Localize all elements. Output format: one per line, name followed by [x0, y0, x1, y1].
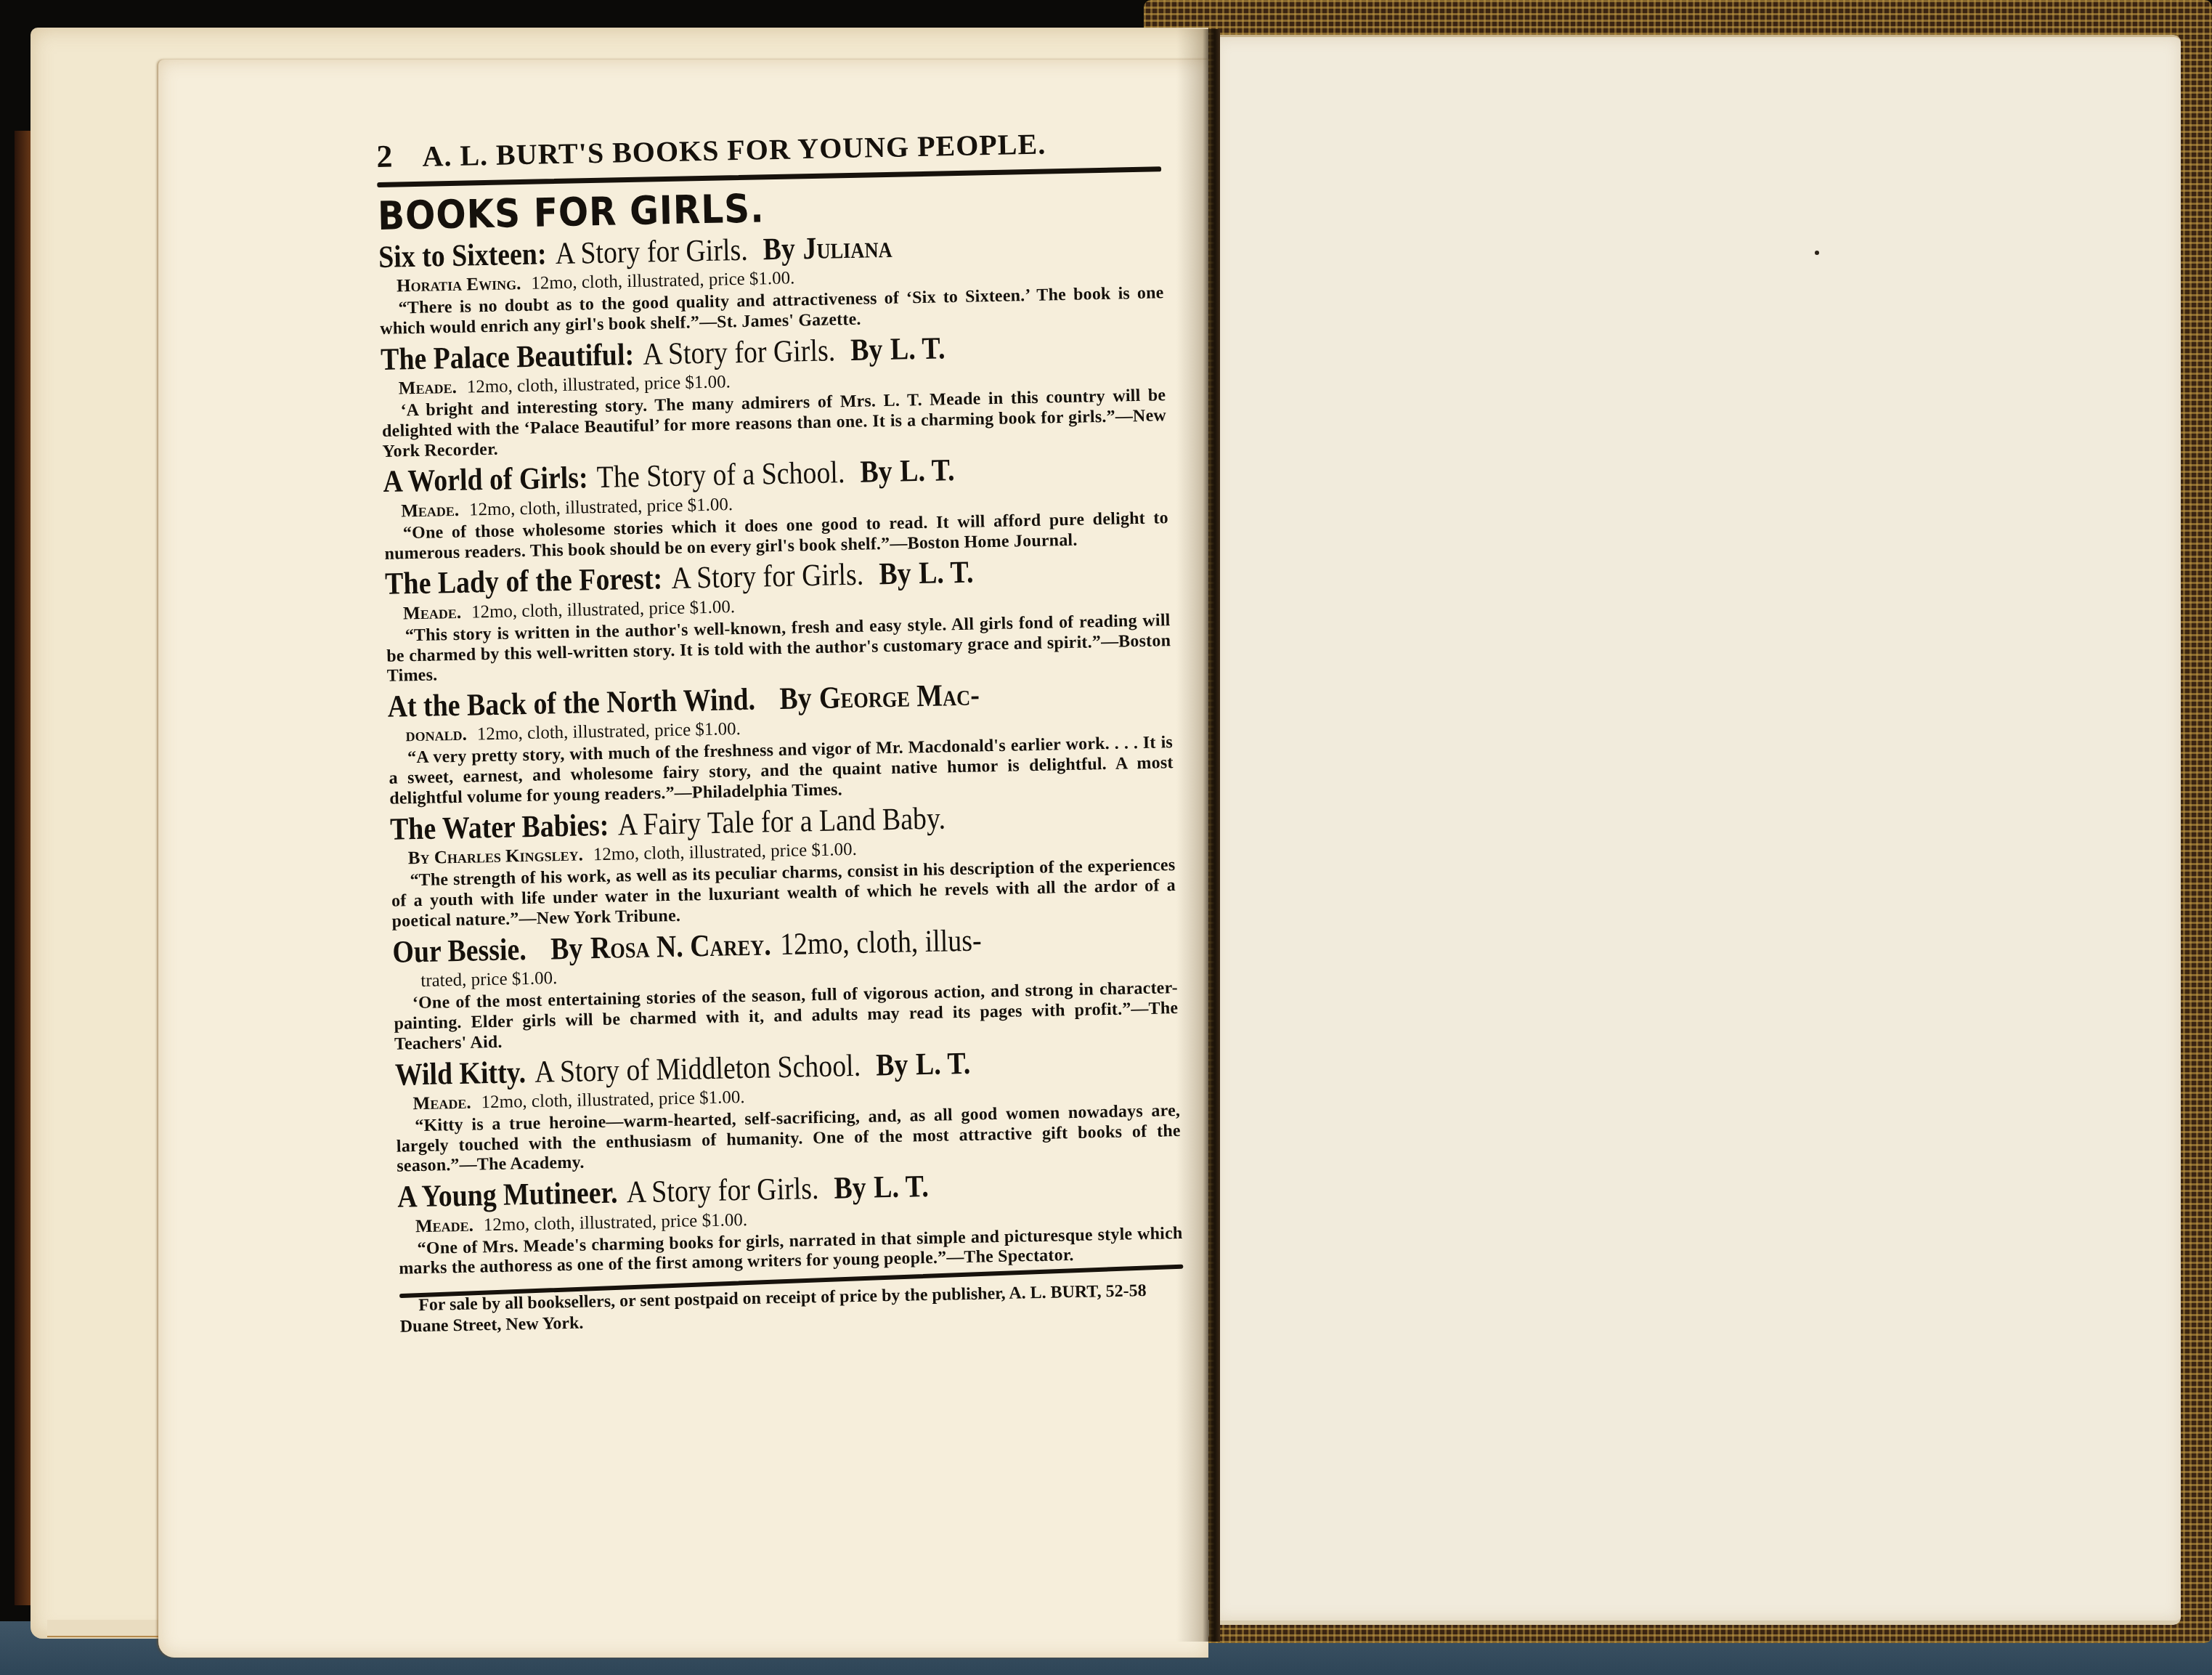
- extra-heading-text: [977, 801, 977, 835]
- extra-heading-text: [979, 1046, 980, 1080]
- book-entry: Wild Kitty.A Story of Middleton School.B…: [394, 1042, 1181, 1177]
- author-name: L. T.: [915, 1046, 970, 1082]
- author-name: George Mac-: [819, 678, 980, 715]
- book-title: Wild Kitty.: [394, 1055, 526, 1092]
- price-details: 12mo, cloth, illustrated, price $1.00.: [469, 495, 733, 519]
- extra-heading-text: [900, 230, 901, 264]
- book-subtitle: The Story of a School.: [596, 456, 845, 495]
- by-label: By: [834, 1171, 866, 1206]
- author-name-continued: Meade.: [399, 378, 457, 399]
- author-name-continued: [410, 971, 411, 991]
- by-label: By: [850, 333, 883, 368]
- right-endpaper-page: [1215, 35, 2181, 1625]
- by-label: By: [876, 1047, 908, 1082]
- book-entries-list: Six to Sixteen:A Story for Girls.ByJulia…: [378, 224, 1184, 1280]
- quote-source: —Philadelphia Times.: [674, 780, 842, 803]
- advertisement-text-block: 2 A. L. BURT'S BOOKS FOR YOUNG PEOPLE. B…: [376, 122, 1184, 1337]
- book-subtitle: A Story for Girls.: [643, 333, 836, 371]
- book-subtitle: A Story for Girls.: [555, 232, 748, 270]
- quote-source: —The Spectator.: [946, 1246, 1074, 1268]
- book-entry: Six to Sixteen:A Story for Girls.ByJulia…: [378, 224, 1165, 340]
- book-subtitle: [535, 933, 536, 967]
- footer-text: For sale by all booksellers, or sent pos…: [418, 1284, 1009, 1315]
- book-entry: A Young Mutineer.A Story for Girls.ByL. …: [397, 1164, 1184, 1280]
- by-label: By: [779, 681, 812, 716]
- book-entry: The Lady of the Forest:A Story for Girls…: [385, 552, 1171, 687]
- author-name: L. T.: [890, 331, 945, 367]
- author-name-continued: Horatia Ewing.: [397, 274, 521, 296]
- author-name: Juliana: [802, 230, 892, 265]
- price-details: 12mo, cloth, illustrated, price $1.00.: [484, 1210, 748, 1235]
- author-name: Rosa N. Carey.: [590, 928, 771, 965]
- book-title: The Lady of the Forest:: [385, 562, 663, 602]
- price-details: 12mo, cloth, illustrated, price $1.00.: [481, 1087, 745, 1112]
- by-label: [961, 801, 961, 835]
- extra-heading-text: [988, 678, 989, 712]
- price-details: 12mo, cloth, illustrated, price $1.00.: [466, 372, 731, 397]
- by-label: By: [550, 931, 583, 966]
- extra-heading-text: [938, 1169, 938, 1204]
- quote-source: —St. James' Gazette.: [699, 309, 861, 331]
- author-name: L. T.: [919, 556, 974, 591]
- book-title: A Young Mutineer.: [397, 1176, 618, 1214]
- book-title: The Palace Beautiful:: [381, 338, 635, 377]
- price-details: trated, price $1.00.: [420, 968, 558, 991]
- book-subtitle: A Fairy Tale for a Land Baby.: [617, 801, 946, 842]
- price-details: 12mo, cloth, illustrated, price $1.00.: [471, 597, 736, 622]
- author-name-continued: donald.: [405, 725, 467, 746]
- author-name-continued: Meade.: [401, 500, 459, 522]
- quote-source: —The Academy.: [459, 1153, 584, 1175]
- book-entry: At the Back of the North Wind.ByGeorge M…: [387, 674, 1174, 809]
- extra-heading-text: [953, 331, 954, 365]
- extra-heading-text: [963, 453, 964, 487]
- by-label: By: [860, 455, 892, 490]
- book-subtitle: A Story for Girls.: [671, 558, 864, 596]
- by-label: By: [879, 557, 911, 592]
- book-title: A World of Girls:: [383, 461, 588, 500]
- book-entry: A World of Girls:The Story of a School.B…: [383, 450, 1169, 565]
- book-entry: Our Bessie.ByRosa N. Carey.12mo, cloth, …: [392, 920, 1179, 1055]
- author-name-continued: By Charles Kingsley.: [408, 845, 583, 869]
- book-title: Our Bessie.: [392, 933, 526, 970]
- author-name-continued: Meade.: [403, 602, 461, 623]
- quote-source: —Boston Home Journal.: [890, 530, 1078, 553]
- book-subtitle: A Story for Girls.: [626, 1172, 819, 1209]
- dust-speck: [1815, 251, 1819, 255]
- book-title: The Water Babies:: [390, 808, 609, 847]
- book-title: Six to Sixteen:: [378, 237, 547, 275]
- book-title: At the Back of the North Wind.: [387, 683, 755, 724]
- book-entry: The Palace Beautiful:A Story for Girls.B…: [381, 327, 1167, 462]
- author-name-continued: Meade.: [412, 1092, 471, 1114]
- book-gutter-shadow: [1176, 29, 1220, 1642]
- author-name: L. T.: [874, 1169, 929, 1205]
- author-name: [968, 801, 969, 835]
- page-number: 2: [376, 138, 394, 175]
- price-details: 12mo, cloth, illustrated, price $1.00.: [477, 720, 741, 745]
- price-details: 12mo, cloth, illustrated, price $1.00.: [593, 840, 858, 864]
- author-name-continued: Meade.: [415, 1215, 473, 1236]
- book-subtitle: A Story of Middleton School.: [534, 1048, 861, 1089]
- extra-heading-text: 12mo, cloth, illus-: [780, 923, 982, 962]
- quote-source: —New York Tribune.: [519, 907, 680, 928]
- book-subtitle: [764, 683, 765, 717]
- author-name: L. T.: [900, 454, 955, 490]
- by-label: By: [763, 232, 795, 267]
- book-entry: The Water Babies:A Fairy Tale for a Land…: [390, 797, 1176, 932]
- extra-heading-text: [982, 556, 983, 590]
- price-details: 12mo, cloth, illustrated, price $1.00.: [531, 268, 795, 293]
